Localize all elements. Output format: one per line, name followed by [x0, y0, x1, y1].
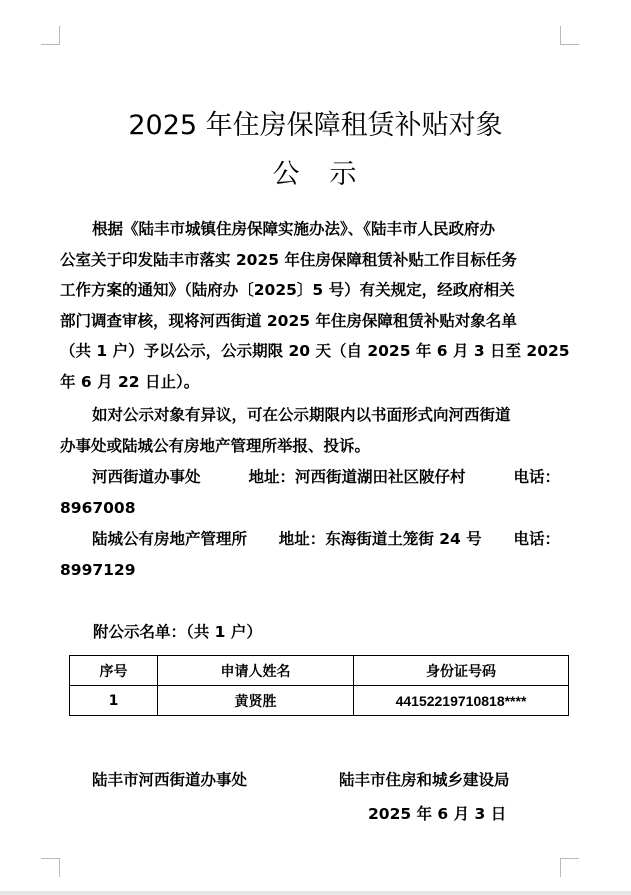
contact-phone-label: 电话： — [513, 462, 560, 493]
margin-corner-mark-bottom-right — [560, 858, 579, 877]
contact-lucheng-housing: 陆城公有房地产管理所 地址：东海街道土笼街 24 号 电话： 8997129 — [60, 524, 560, 585]
contact-org: 陆城公有房地产管理所 — [92, 524, 247, 555]
cell-applicant-name: 黄贤胜 — [158, 686, 354, 716]
paragraph-line: 如对公示对象有异议，可在公示期限内以书面形式向河西街道 — [60, 400, 560, 431]
paragraph-line: （共 1 户）予以公示，公示期限 20 天（自 2025 年 6 月 3 日至 … — [60, 336, 560, 367]
contact-org: 河西街道办事处 — [92, 462, 201, 493]
contact-address-label: 地址： — [279, 530, 326, 548]
document-subtitle: 公示 — [0, 152, 631, 191]
page-bottom-edge — [0, 891, 631, 895]
margin-corner-mark-top-right — [560, 26, 579, 45]
paragraph-line: 公室关于印发陆丰市落实 2025 年住房保障租赁补贴工作目标任务 — [60, 245, 560, 276]
paragraph-line: 年 6 月 22 日止）。 — [60, 367, 560, 398]
paragraph-basis: 根据《陆丰市城镇住房保障实施办法》、《陆丰市人民政府办 公室关于印发陆丰市落实 … — [60, 214, 560, 397]
paragraph-line: 部门调查审核，现将河西街道 2025 年住房保障租赁补贴对象名单 — [60, 306, 560, 337]
signature-date: 2025 年 6 月 3 日 — [368, 802, 506, 824]
contact-address: 东海街道土笼街 24 号 — [325, 530, 481, 548]
signature-right-org: 陆丰市住房和城乡建设局 — [339, 768, 510, 790]
contact-address: 河西街道湖田社区陂仔村 — [295, 468, 466, 486]
header-serial: 序号 — [70, 656, 158, 686]
paragraph-objection: 如对公示对象有异议，可在公示期限内以书面形式向河西街道 办事处或陆城公有房地产管… — [60, 400, 560, 461]
contact-address-label: 地址： — [248, 468, 295, 486]
margin-corner-mark-top-left — [41, 26, 60, 45]
contact-hexi-office: 河西街道办事处 地址：河西街道湖田社区陂仔村 电话： 8967008 — [60, 462, 560, 523]
contact-phone-label: 电话： — [513, 524, 560, 555]
paragraph-line: 工作方案的通知》（陆府办〔2025〕5 号）有关规定，经政府相关 — [60, 275, 560, 306]
attachment-label: 附公示名单：（共 1 户） — [93, 620, 262, 642]
margin-corner-mark-bottom-left — [41, 858, 60, 877]
table-header-row: 序号 申请人姓名 身份证号码 — [70, 656, 569, 686]
cell-id-number: 44152219710818**** — [354, 686, 569, 716]
signature-left-org: 陆丰市河西街道办事处 — [92, 768, 247, 790]
header-id-number: 身份证号码 — [354, 656, 569, 686]
document-title: 2025 年住房保障租赁补贴对象 — [0, 103, 631, 142]
table-row: 1 黄贤胜 44152219710818**** — [70, 686, 569, 716]
paragraph-line: 办事处或陆城公有房地产管理所举报、投诉。 — [60, 431, 560, 462]
cell-serial: 1 — [70, 686, 158, 716]
paragraph-line: 根据《陆丰市城镇住房保障实施办法》、《陆丰市人民政府办 — [60, 214, 560, 245]
recipient-table: 序号 申请人姓名 身份证号码 1 黄贤胜 44152219710818**** — [69, 655, 569, 716]
contact-phone: 8997129 — [60, 555, 560, 586]
contact-phone: 8967008 — [60, 493, 560, 524]
header-applicant-name: 申请人姓名 — [158, 656, 354, 686]
